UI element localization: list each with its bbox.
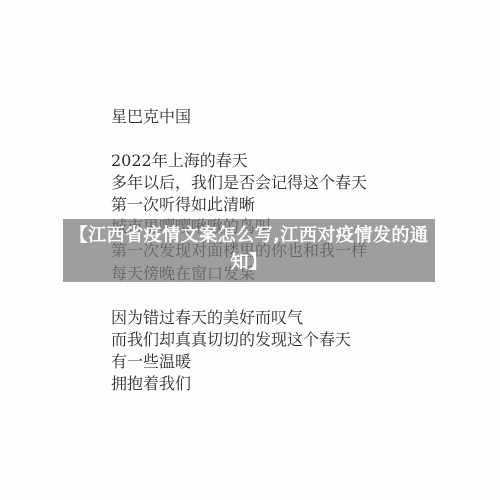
- doc-title-line: 星巴克中国: [111, 107, 191, 127]
- doc-line: 因为错过春天的美好而叹气: [111, 308, 303, 328]
- doc-line: 第一次听得如此清晰: [111, 195, 255, 215]
- doc-line: 2022年上海的春天: [111, 151, 248, 171]
- doc-line: 多年以后，我们是否会记得这个春天: [111, 173, 367, 193]
- doc-line: 而我们却真真切切的发现这个春天: [111, 330, 351, 350]
- overlay-title: 【江西省疫情文案怎么写,江西对疫情发的通知】: [63, 222, 435, 276]
- doc-line: 有一些温暖: [111, 352, 191, 372]
- doc-line: 拥抱着我们: [111, 374, 191, 394]
